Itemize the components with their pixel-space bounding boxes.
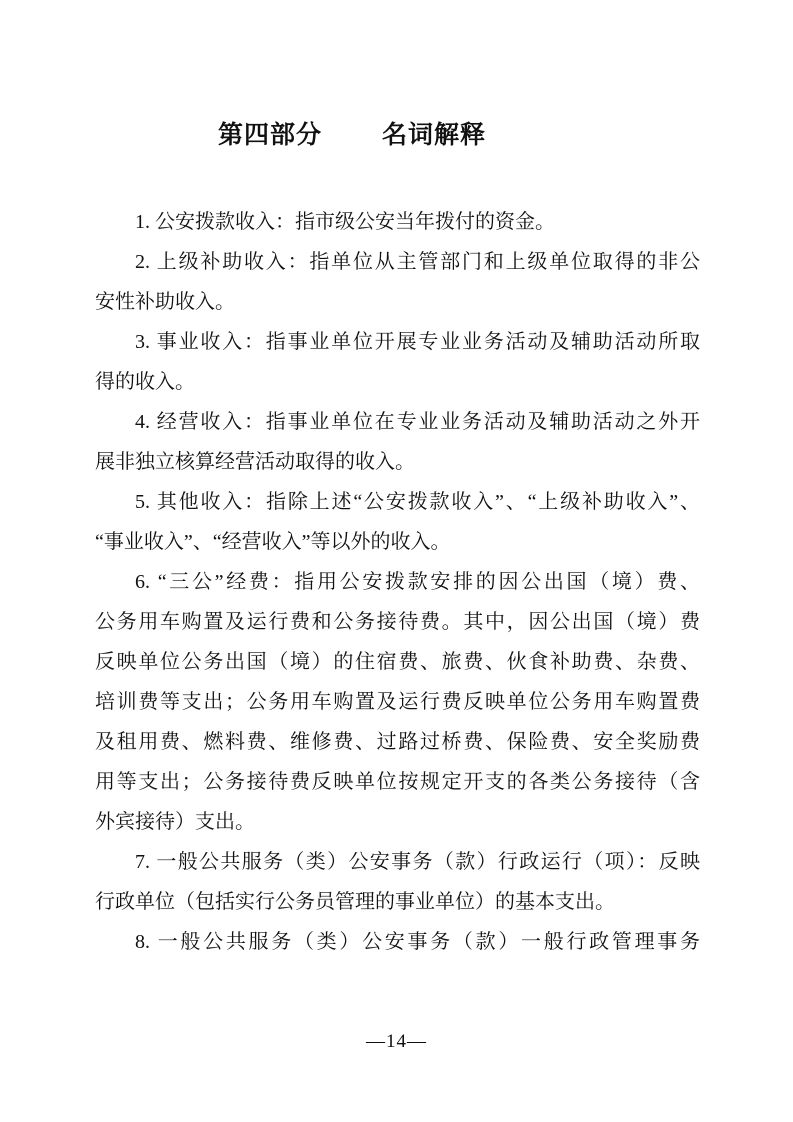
page-number: —14— (0, 1030, 793, 1054)
document-page: 第四部分 名词解释 1. 公安拨款收入：指市级公安当年拨付的资金。2. 上级补助… (0, 0, 793, 1122)
paragraph-line: 安性补助收入。 (95, 282, 700, 322)
title-name-label: 名词解释 (382, 120, 486, 150)
paragraph-line: 反映单位公务出国（境）的住宿费、旅费、伙食补助费、杂费、 (95, 642, 700, 682)
paragraph-line: 及租用费、燃料费、维修费、过路过桥费、保险费、安全奖励费 (95, 722, 700, 762)
paragraph-line: 4. 经营收入：指事业单位在专业业务活动及辅助活动之外开 (95, 402, 700, 442)
paragraph-line: 8. 一般公共服务（类）公安事务（款）一般行政管理事务（项）： (95, 922, 700, 962)
paragraph-line: 公务用车购置及运行费和公务接待费。其中，因公出国（境）费 (95, 602, 700, 642)
paragraph-line: 6. “三公”经费：指用公安拨款安排的因公出国（境）费、 (95, 562, 700, 602)
paragraph-line: 外宾接待）支出。 (95, 802, 700, 842)
title-part-label: 第四部分 (218, 120, 322, 150)
paragraph-line: 得的收入。 (95, 362, 700, 402)
paragraph-line: 1. 公安拨款收入：指市级公安当年拨付的资金。 (95, 202, 700, 242)
paragraph-line: 7. 一般公共服务（类）公安事务（款）行政运行（项）：反映 (95, 842, 700, 882)
paragraph-line: “事业收入”、“经营收入”等以外的收入。 (95, 522, 700, 562)
paragraph-line: 用等支出；公务接待费反映单位按规定开支的各类公务接待（含 (95, 762, 700, 802)
paragraph-line: 培训费等支出；公务用车购置及运行费反映单位公务用车购置费 (95, 682, 700, 722)
document-body: 1. 公安拨款收入：指市级公安当年拨付的资金。2. 上级补助收入：指单位从主管部… (95, 202, 700, 962)
paragraph-line: 2. 上级补助收入：指单位从主管部门和上级单位取得的非公 (95, 242, 700, 282)
paragraph-line: 展非独立核算经营活动取得的收入。 (95, 442, 700, 482)
paragraph-line: 行政单位（包括实行公务员管理的事业单位）的基本支出。 (95, 882, 700, 922)
paragraph-line: 5. 其他收入：指除上述“公安拨款收入”、“上级补助收入”、 (95, 482, 700, 522)
page-title: 第四部分 名词解释 (218, 120, 486, 150)
paragraph-line: 3. 事业收入：指事业单位开展专业业务活动及辅助活动所取 (95, 322, 700, 362)
